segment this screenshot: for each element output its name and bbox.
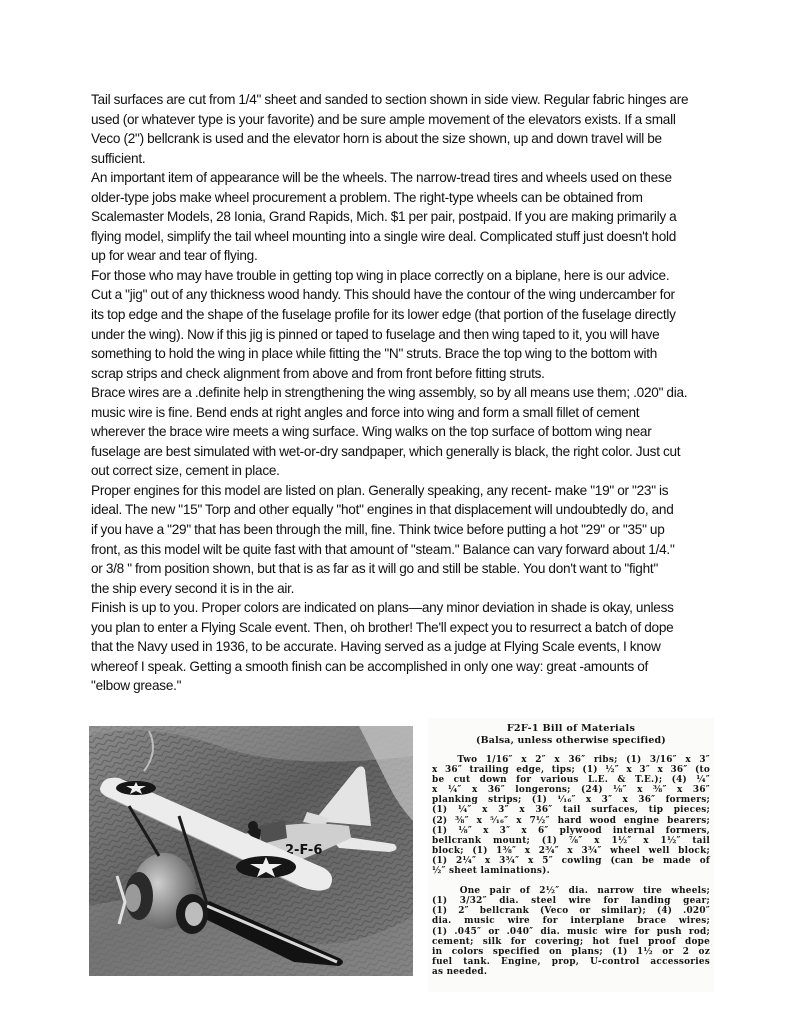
bom-line: bellcrank mount; (1) ⅞″ x 1½″ x 1½″ tail bbox=[432, 836, 710, 846]
article-line: if you have a "29" that has been through… bbox=[91, 520, 731, 540]
star-insignia-icon bbox=[236, 856, 296, 878]
article-line: ideal. The new "15" Torp and other equal… bbox=[91, 500, 731, 520]
article-line: out correct size, cement in place. bbox=[91, 461, 731, 481]
article-line: Scalemaster Models, 28 Ionia, Grand Rapi… bbox=[91, 207, 731, 227]
article-line: fuselage are best simulated with wet-or-… bbox=[91, 442, 731, 462]
article-line: whereof I speak. Getting a smooth finish… bbox=[91, 657, 731, 677]
article-line: Brace wires are a .definite help in stre… bbox=[91, 383, 731, 403]
article-line: sufficient. bbox=[91, 149, 731, 169]
bom-line: One pair of 2½″ dia. narrow tire wheels; bbox=[432, 886, 710, 896]
bom-line: (1) 2″ bellcrank (Veco or similar); (4) … bbox=[432, 906, 710, 916]
bom-line: dia. music wire for interplane brace wir… bbox=[432, 916, 710, 926]
bom-line: Two 1/16″ x 2″ x 36″ ribs; (1) 3/16″ x 3… bbox=[432, 755, 710, 765]
bom-line: (1) 2¼″ x 3¾″ x 5″ cowling (can be made … bbox=[432, 856, 710, 866]
bill-of-materials: F2F-1 Bill of Materials (Balsa, unless o… bbox=[428, 718, 714, 992]
article-line: that the Navy used in 1936, to be accura… bbox=[91, 637, 731, 657]
article-line: Tail surfaces are cut from 1/4" sheet an… bbox=[91, 90, 731, 110]
bom-line: as needed. bbox=[432, 967, 710, 977]
article-body: Tail surfaces are cut from 1/4" sheet an… bbox=[91, 90, 731, 696]
bom-line: in colors specified on plans; (1) 1½ or … bbox=[432, 947, 710, 957]
article-line: up for wear and tear of flying. bbox=[91, 246, 731, 266]
article-line: An important item of appearance will be … bbox=[91, 168, 731, 188]
bom-line: (1) ⅛″ x 3″ x 6″ plywood internal former… bbox=[432, 826, 710, 836]
bom-line: block; (1) 1⅜″ x 2¾″ x 3¾″ wheel well bl… bbox=[432, 846, 710, 856]
bom-line: ½″ sheet laminations). bbox=[432, 866, 710, 876]
article-line: Proper engines for this model are listed… bbox=[91, 481, 731, 501]
article-line: front, as this model wilt be quite fast … bbox=[91, 540, 731, 560]
bom-line: cement; silk for covering; hot fuel proo… bbox=[432, 937, 710, 947]
article-line: Finish is up to you. Proper colors are i… bbox=[91, 598, 731, 618]
star-insignia-icon bbox=[116, 781, 156, 795]
article-line: or 3/8 " from position shown, but that i… bbox=[91, 559, 731, 579]
biplane-photo-illustration: --- 2-F-6 bbox=[89, 726, 413, 976]
article-line: its top edge and the shape of the fusela… bbox=[91, 305, 731, 325]
biplane-photo: --- 2-F-6 bbox=[89, 726, 413, 976]
article-line: older-type jobs make wheel procurement a… bbox=[91, 188, 731, 208]
article-line: under the wing). Now if this jig is pinn… bbox=[91, 325, 731, 345]
bom-line: (1) .045″ or .040″ dia. music wire for p… bbox=[432, 927, 710, 937]
bom-line: planking strips; (1) ¹⁄₁₆″ x 3″ x 36″ fo… bbox=[432, 795, 710, 805]
bom-line: (1) 3/32″ dia. steel wire for landing ge… bbox=[432, 896, 710, 906]
document-page: Tail surfaces are cut from 1/4" sheet an… bbox=[0, 0, 792, 1024]
article-line: scrap strips and check alignment from ab… bbox=[91, 364, 731, 384]
bom-line: (1) ¼″ x 3″ x 36″ tail surfaces, tip pie… bbox=[432, 805, 710, 815]
article-line: music wire is fine. Bend ends at right a… bbox=[91, 403, 731, 423]
bom-subtitle: (Balsa, unless otherwise specified) bbox=[428, 735, 714, 747]
article-line: the ship every second it is in the air. bbox=[91, 579, 731, 599]
article-line: Veco (2") bellcrank is used and the elev… bbox=[91, 129, 731, 149]
bom-line: (2) ⅜″ x ⁵⁄₁₆″ x 7½″ hard wood engine be… bbox=[432, 816, 710, 826]
article-line: flying model, simplify the tail wheel mo… bbox=[91, 227, 731, 247]
article-line: "elbow grease." bbox=[91, 676, 731, 696]
bom-hardware-list: One pair of 2½″ dia. narrow tire wheels;… bbox=[432, 886, 710, 977]
article-line: For those who may have trouble in gettin… bbox=[91, 266, 731, 286]
bom-title: F2F-1 Bill of Materials bbox=[428, 723, 714, 735]
bom-balsa-list: Two 1/16″ x 2″ x 36″ ribs; (1) 3/16″ x 3… bbox=[432, 755, 710, 876]
bom-line: x ¼″ x 36″ longerons; (24) ⅛″ x ⅜″ x 36″ bbox=[432, 785, 710, 795]
bom-line: x 36″ trailing edge, tips; (1) ½″ x 3″ x… bbox=[432, 765, 710, 775]
article-line: used (or whatever type is your favorite)… bbox=[91, 110, 731, 130]
article-line: wherever the brace wire meets a wing sur… bbox=[91, 422, 731, 442]
article-line: Cut a "jig" out of any thickness wood ha… bbox=[91, 285, 731, 305]
bom-line: fuel tank. Engine, prop, U-control acces… bbox=[432, 957, 710, 967]
article-line: something to hold the wing in place whil… bbox=[91, 344, 731, 364]
article-line: you plan to enter a Flying Scale event. … bbox=[91, 618, 731, 638]
bom-line: be cut down for various L.E. & T.E.); (4… bbox=[432, 775, 710, 785]
